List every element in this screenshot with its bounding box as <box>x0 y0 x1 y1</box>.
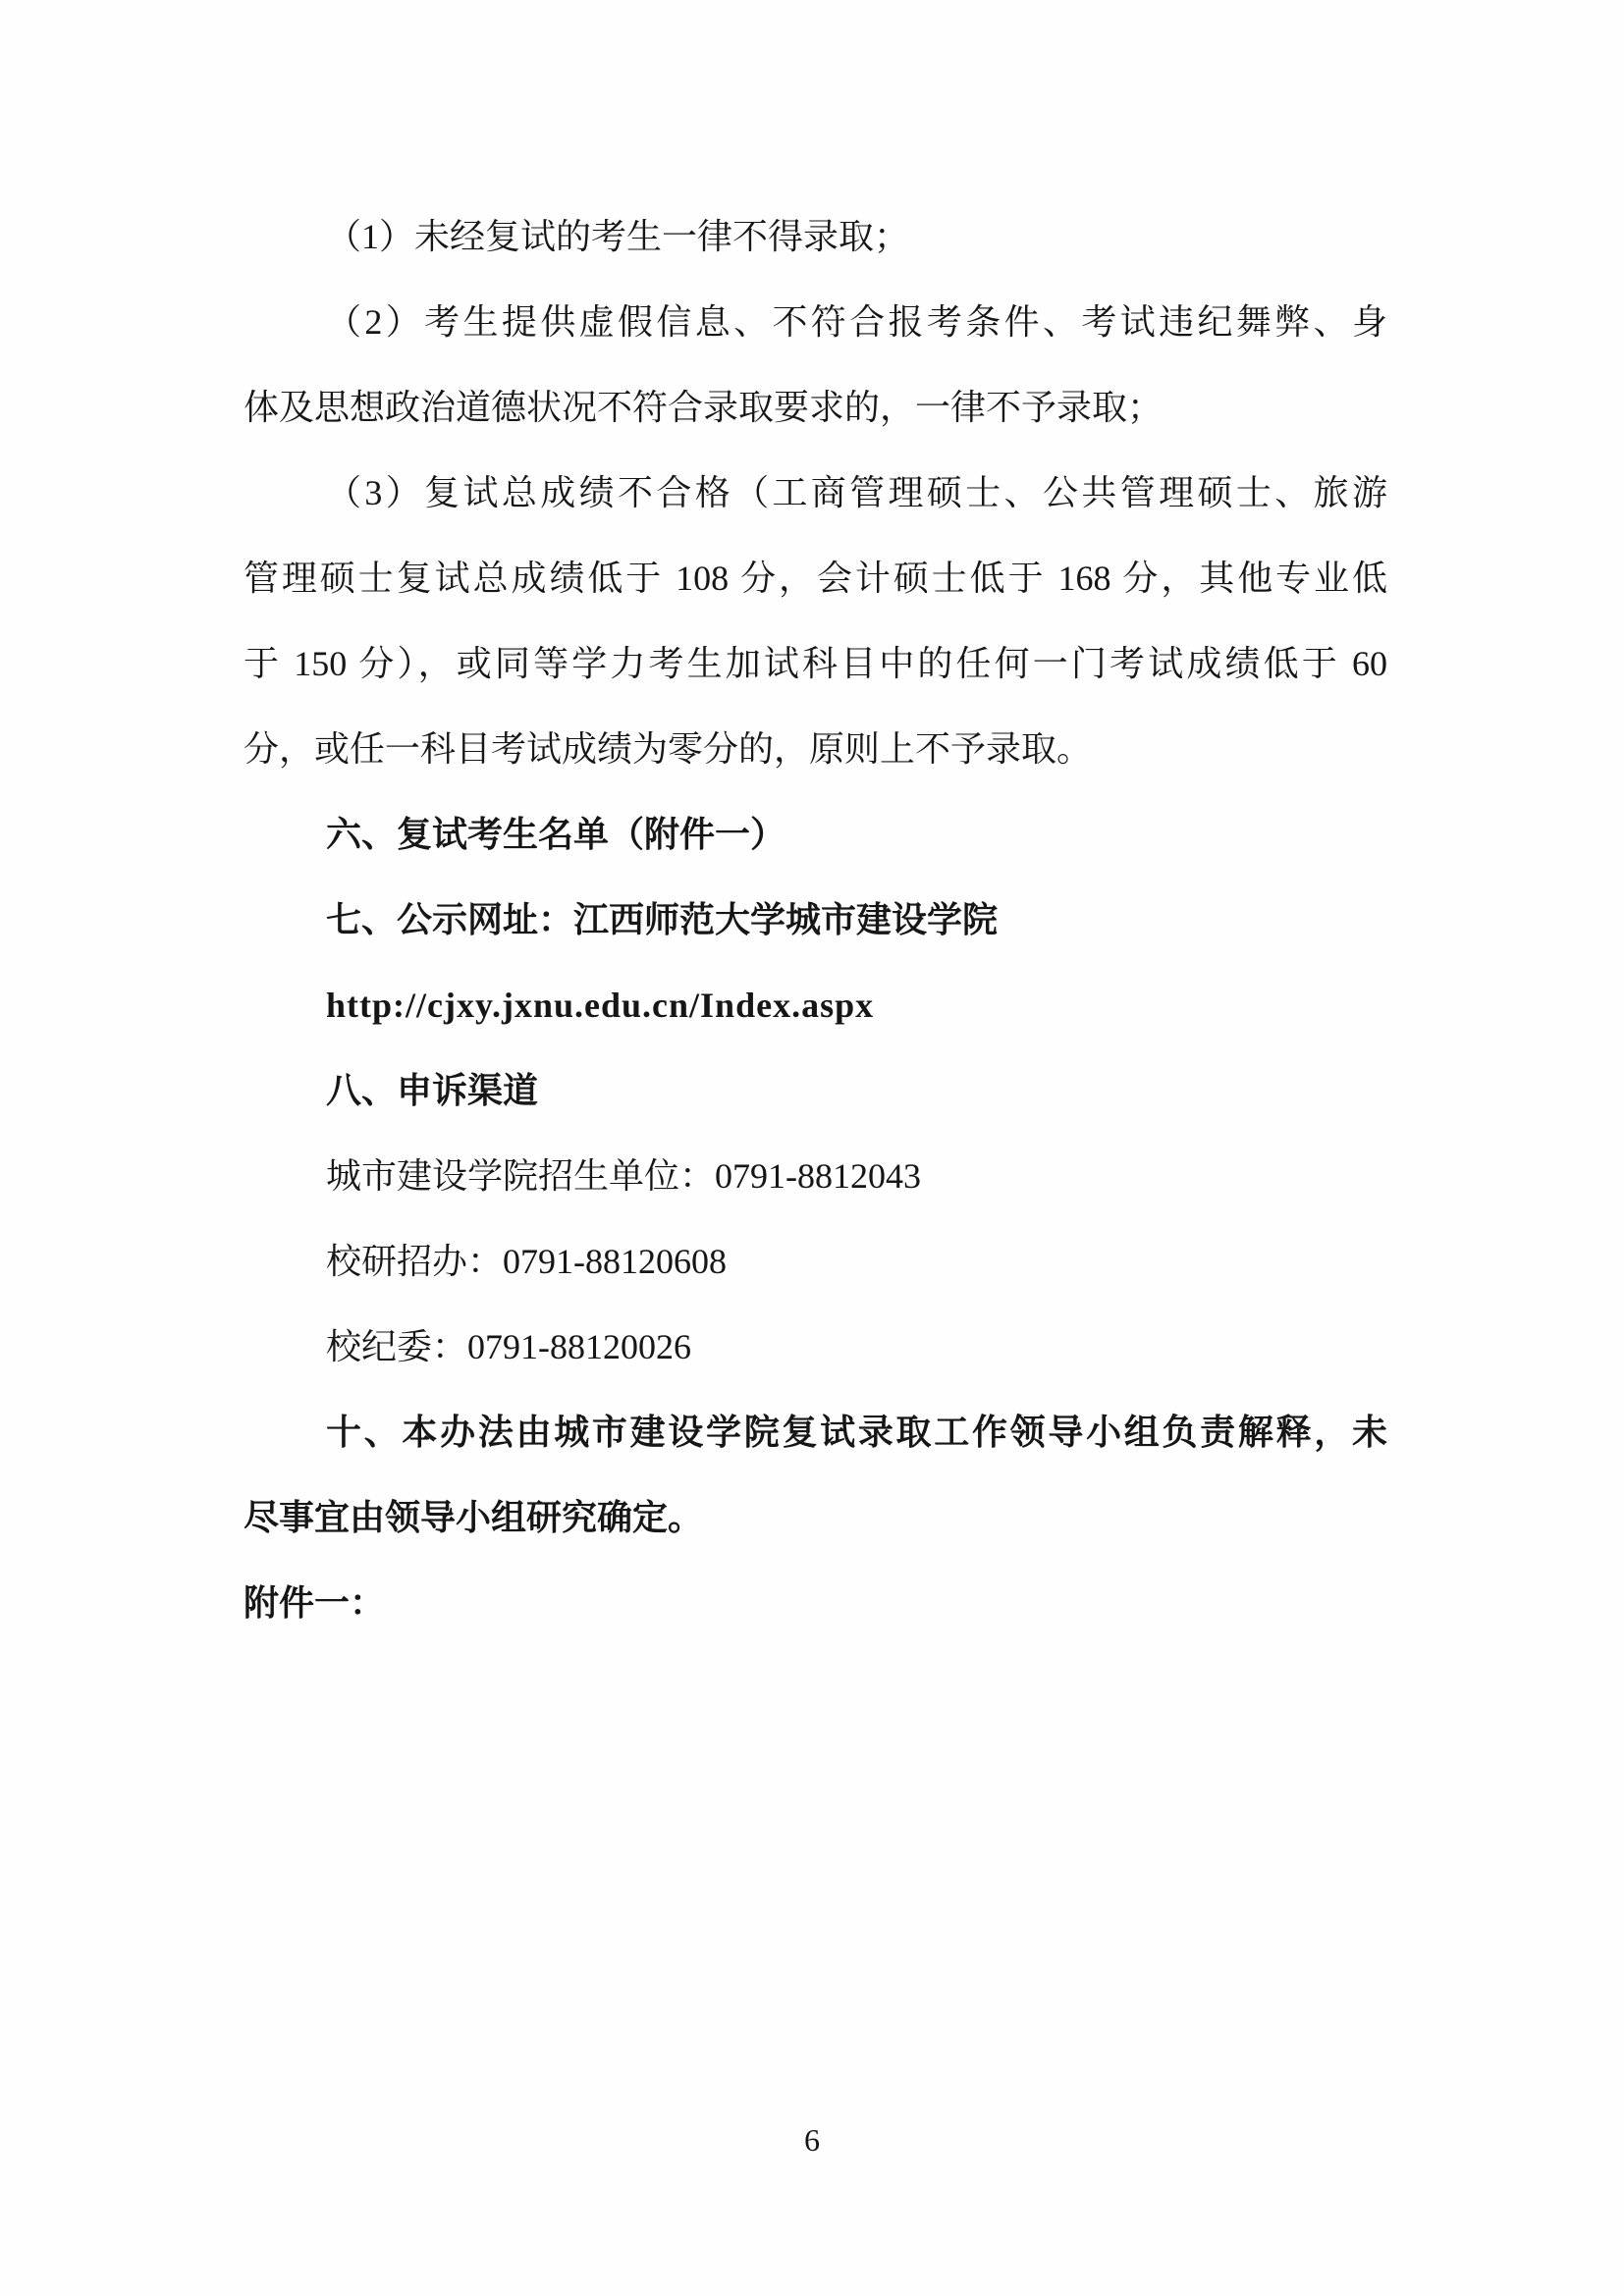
document-page: （1）未经复试的考生一律不得录取； （2）考生提供虚假信息、不符合报考条件、考试… <box>0 0 1624 2296</box>
contact-admissions-line: 城市建设学院招生单位：0791-8812043 <box>244 1134 1387 1219</box>
paragraph-item-3-line-2: 管理硕士复试总成绩低于 108 分，会计硕士低于 168 分，其他专业低 <box>244 536 1387 621</box>
contact-discipline-committee-line: 校纪委：0791-88120026 <box>244 1305 1387 1390</box>
paragraph-item-2-line-1: （2）考生提供虚假信息、不符合报考条件、考试违纪舞弊、身 <box>244 280 1387 365</box>
page-number: 6 <box>0 2116 1624 2163</box>
heading-section-8: 八、申诉渠道 <box>244 1048 1387 1134</box>
paragraph-section-10-line-1: 十、本办法由城市建设学院复试录取工作领导小组负责解释，未 <box>244 1390 1387 1475</box>
paragraph-item-2-line-2: 体及思想政治道德状况不符合录取要求的，一律不予录取； <box>244 365 1387 451</box>
paragraph-item-3-line-1: （3）复试总成绩不合格（工商管理硕士、公共管理硕士、旅游 <box>244 451 1387 536</box>
paragraph-item-3-line-3: 于 150 分），或同等学力考生加试科目中的任何一门考试成绩低于 60 <box>244 621 1387 707</box>
attachment-label: 附件一： <box>244 1561 1387 1646</box>
paragraph-item-3-line-4: 分，或任一科目考试成绩为零分的，原则上不予录取。 <box>244 707 1387 792</box>
heading-section-7: 七、公示网址：江西师范大学城市建设学院 <box>244 878 1387 963</box>
url-text: http://cjxy.jxnu.edu.cn/Index.aspx <box>244 963 1387 1048</box>
paragraph-item-1: （1）未经复试的考生一律不得录取； <box>244 194 1387 280</box>
paragraph-section-10-line-2: 尽事宜由领导小组研究确定。 <box>244 1475 1387 1561</box>
contact-graduate-office-line: 校研招办：0791-88120608 <box>244 1219 1387 1305</box>
heading-section-6: 六、复试考生名单（附件一） <box>244 792 1387 878</box>
document-body: （1）未经复试的考生一律不得录取； （2）考生提供虚假信息、不符合报考条件、考试… <box>244 194 1387 1646</box>
